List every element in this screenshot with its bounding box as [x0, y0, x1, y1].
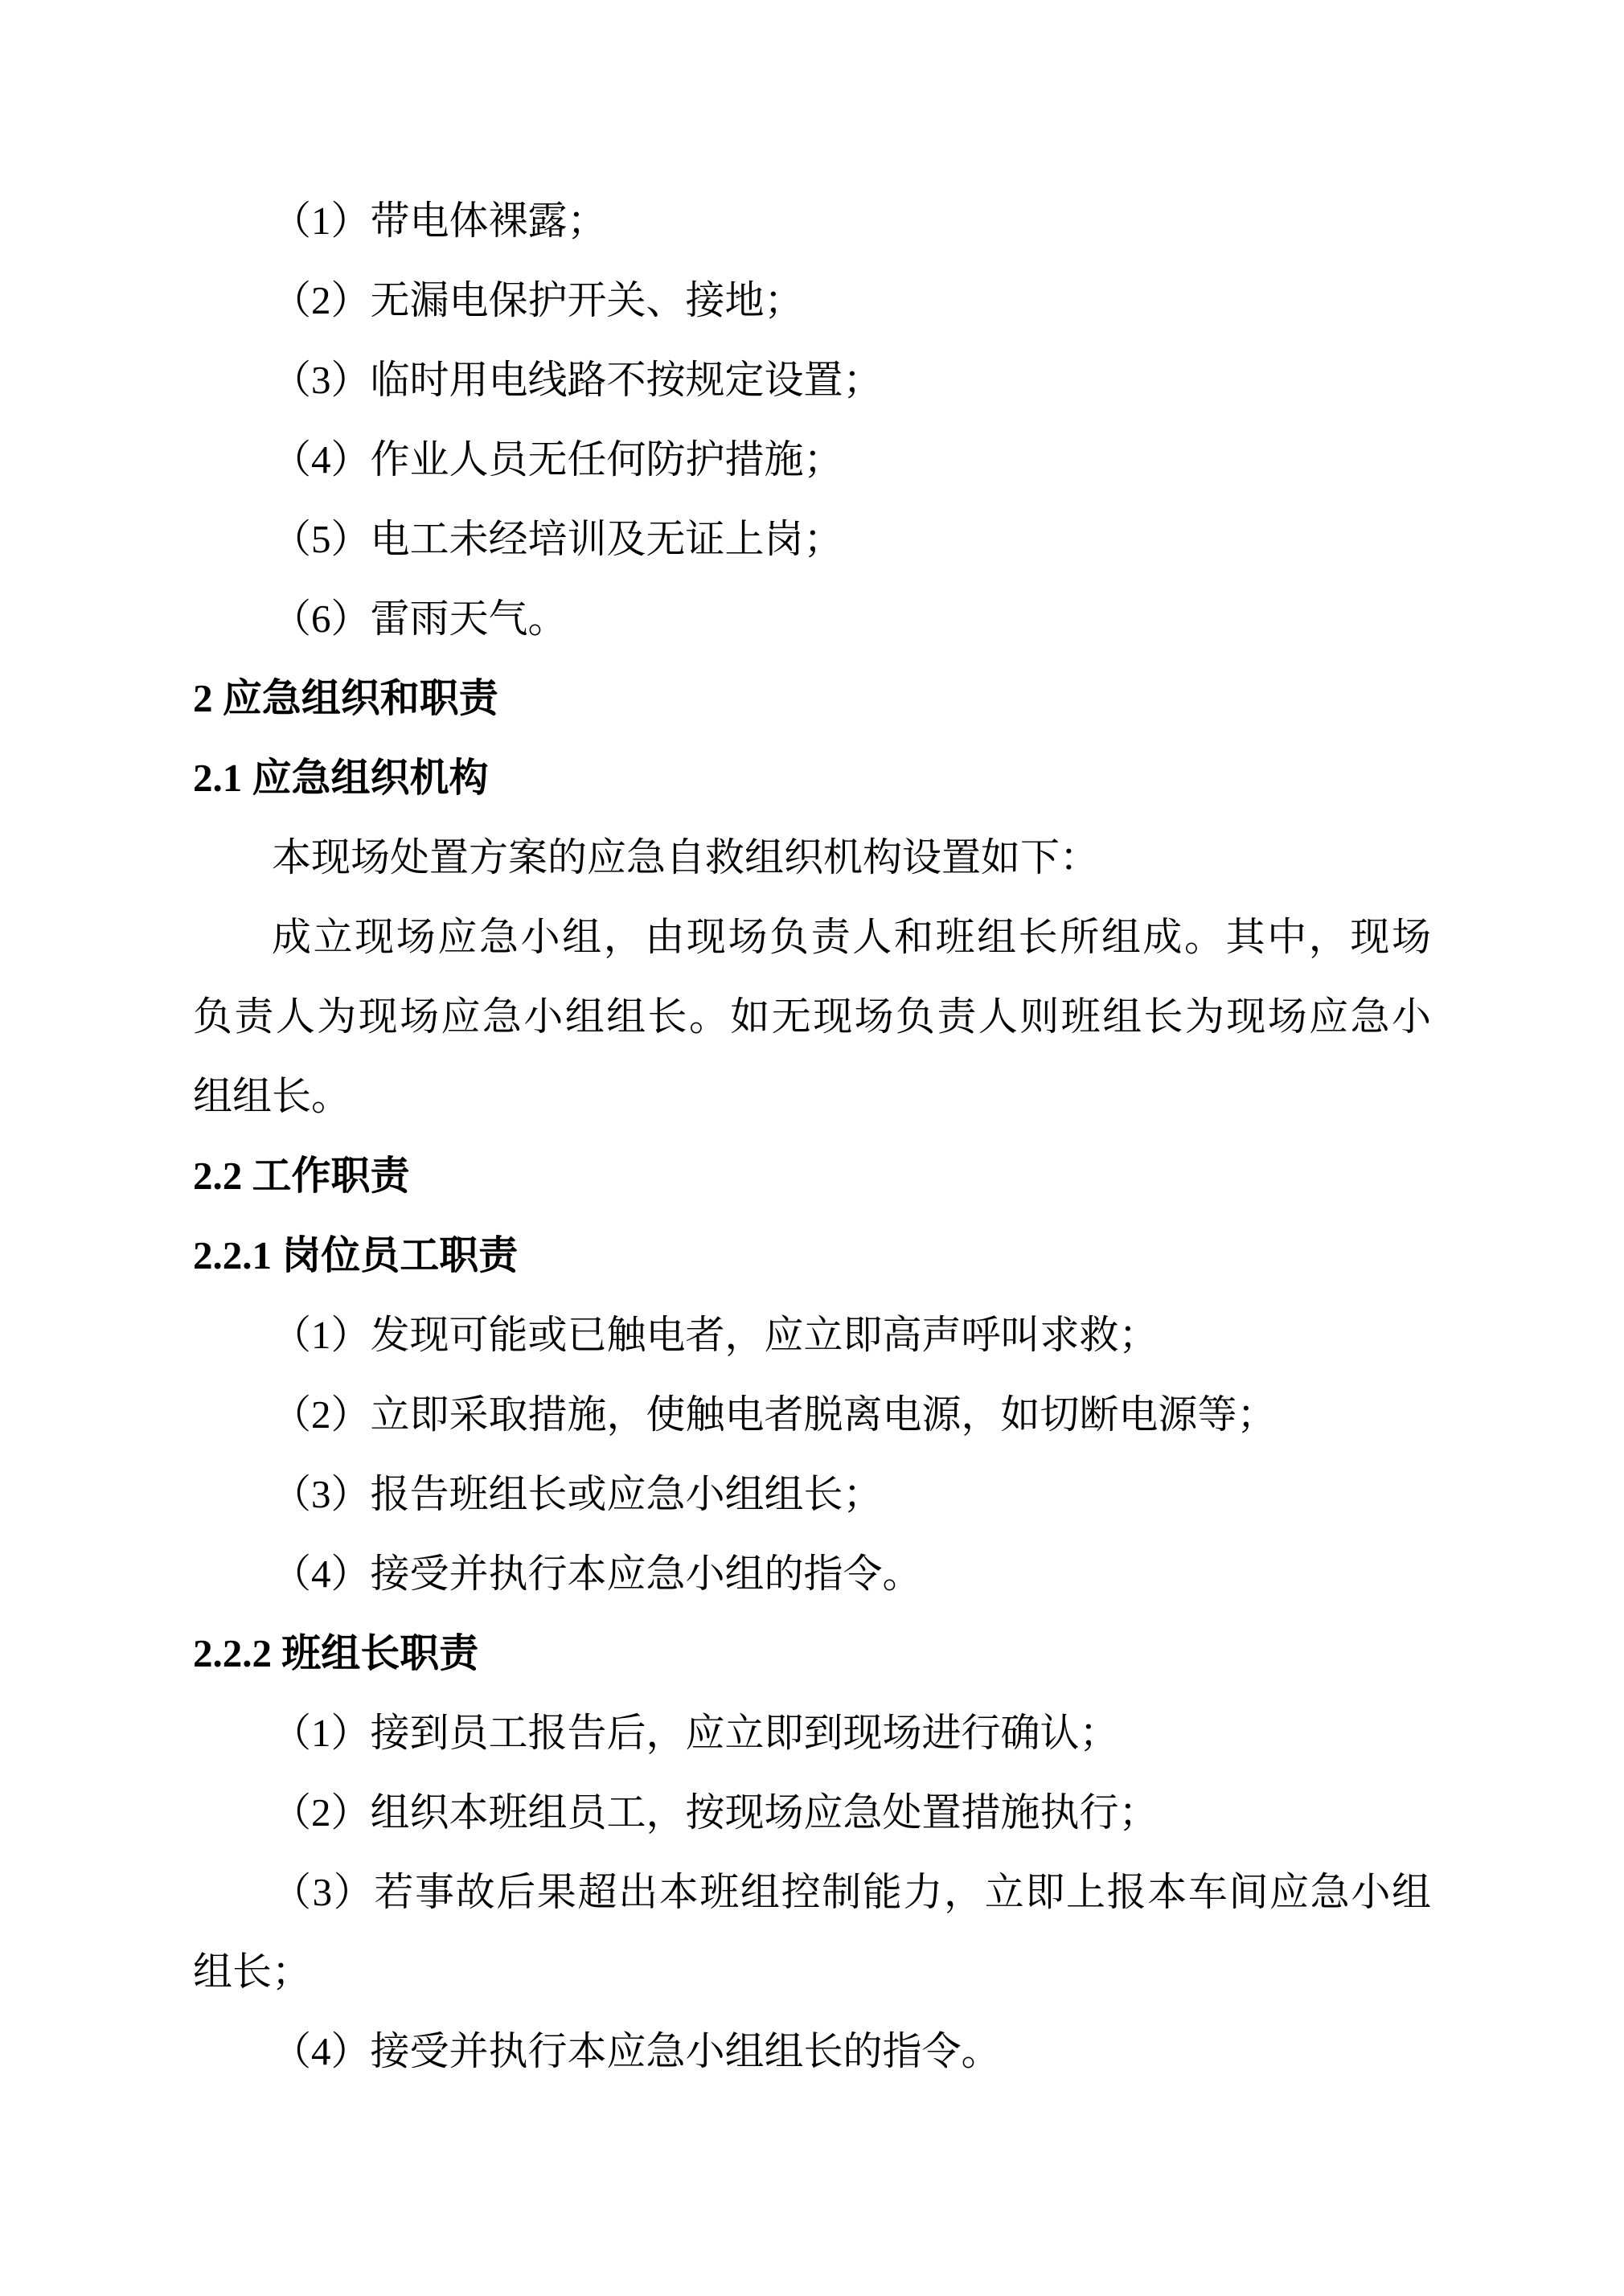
- text-line: （1）接到员工报告后，应立即到现场进行确认；: [193, 1693, 1431, 1773]
- text-line: 负责人为现场应急小组组长。如无现场负责人则班组长为现场应急小: [193, 977, 1431, 1056]
- text-line: （3）若事故后果超出本班组控制能力，立即上报本车间应急小组: [193, 1852, 1431, 1932]
- heading-line: 2.1 应急组织机构: [193, 738, 1431, 818]
- text-line: （2）立即采取措施，使触电者脱离电源，如切断电源等；: [193, 1375, 1431, 1454]
- heading-line: 2.2.2 班组长职责: [193, 1613, 1431, 1693]
- text-line: （1）发现可能或已触电者，应立即高声呼叫求救；: [193, 1295, 1431, 1375]
- heading-line: 2 应急组织和职责: [193, 658, 1431, 738]
- text-line: （4）接受并执行本应急小组的指令。: [193, 1534, 1431, 1613]
- heading-line: 2.2.1 岗位员工职责: [193, 1216, 1431, 1295]
- document-page: （1）带电体裸露；（2）无漏电保护开关、接地；（3）临时用电线路不按规定设置；（…: [0, 0, 1624, 2296]
- heading-line: 2.2 工作职责: [193, 1136, 1431, 1216]
- text-line: 本现场处置方案的应急自救组织机构设置如下：: [193, 818, 1431, 897]
- text-line: 成立现场应急小组，由现场负责人和班组长所组成。其中，现场: [193, 897, 1431, 977]
- text-line: （2）组织本班组员工，按现场应急处置措施执行；: [193, 1773, 1431, 1852]
- text-line: 组组长。: [193, 1056, 1431, 1136]
- text-line: （5）电工未经培训及无证上岗；: [193, 499, 1431, 579]
- text-line: （3）临时用电线路不按规定设置；: [193, 340, 1431, 420]
- text-line: （6）雷雨天气。: [193, 579, 1431, 658]
- document-body: （1）带电体裸露；（2）无漏电保护开关、接地；（3）临时用电线路不按规定设置；（…: [193, 181, 1431, 2091]
- text-line: （2）无漏电保护开关、接地；: [193, 260, 1431, 340]
- text-line: （4）接受并执行本应急小组组长的指令。: [193, 2011, 1431, 2091]
- text-line: （4）作业人员无任何防护措施；: [193, 420, 1431, 499]
- text-line: （3）报告班组长或应急小组组长；: [193, 1454, 1431, 1534]
- text-line: （1）带电体裸露；: [193, 181, 1431, 260]
- text-line: 组长；: [193, 1932, 1431, 2011]
